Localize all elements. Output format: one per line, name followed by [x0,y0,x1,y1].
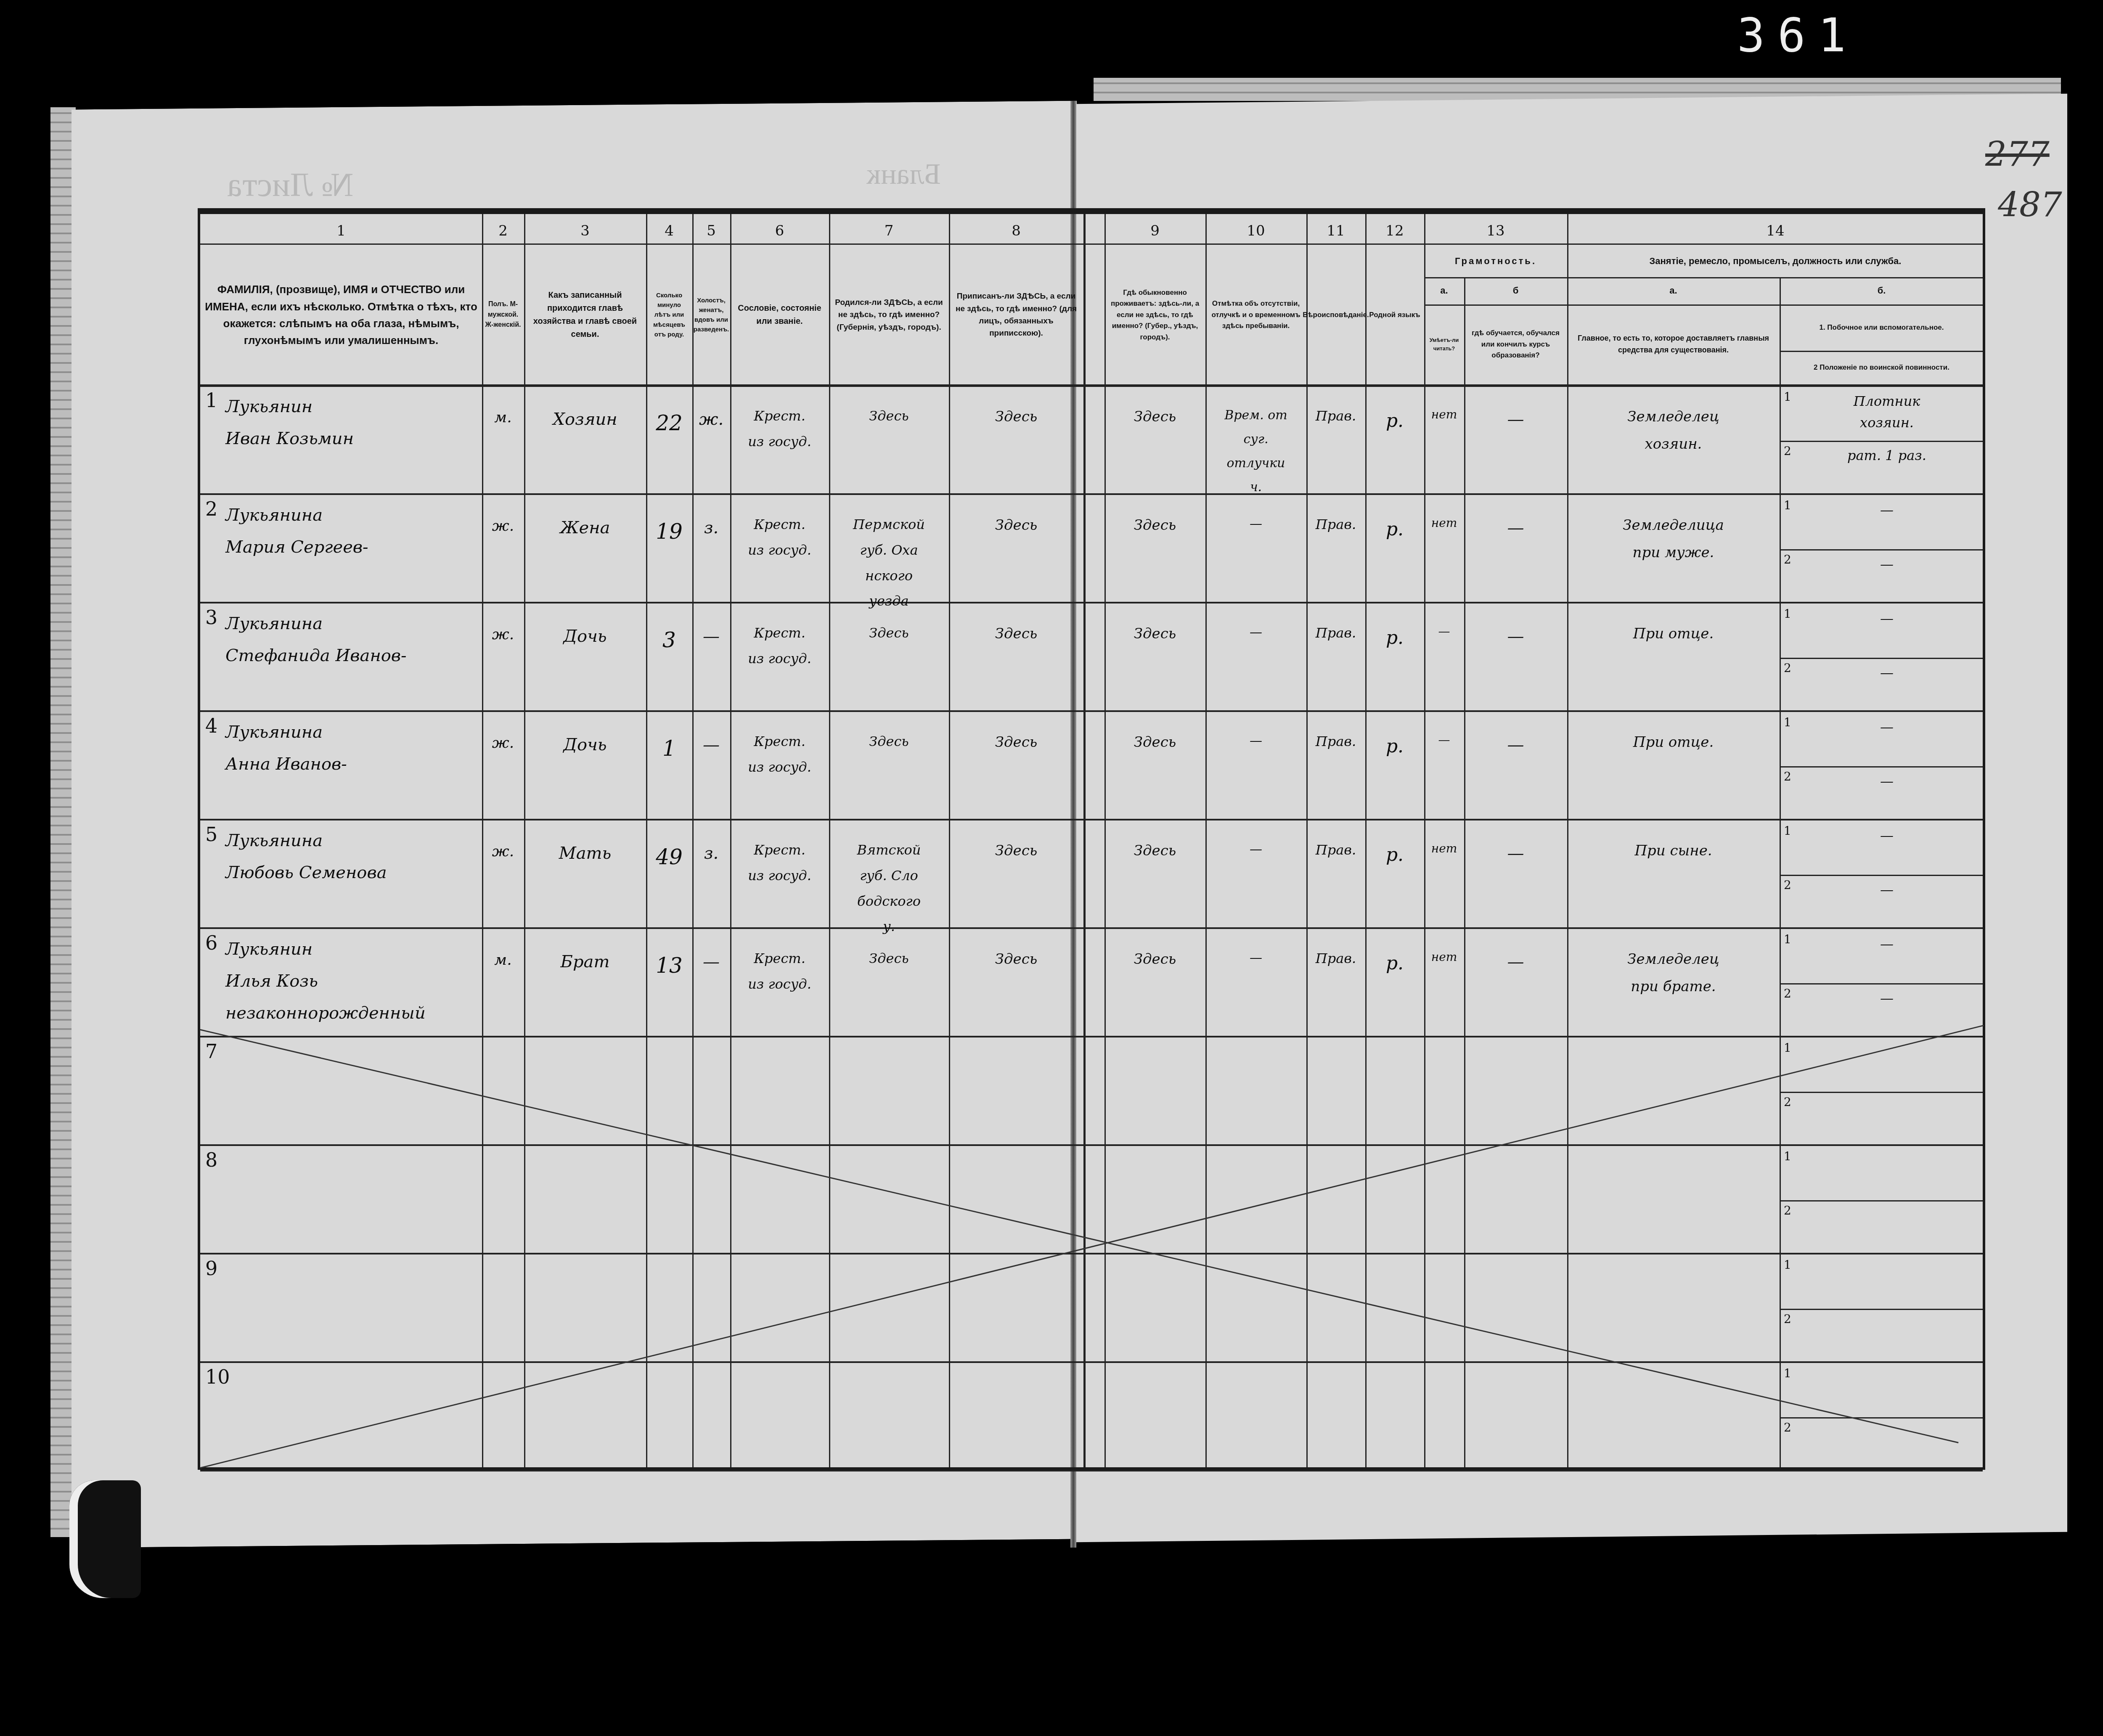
sub-label: 1 [1784,1149,1791,1163]
table-row: 612Лукьянин Илья Козь незаконнорожденный… [200,929,1983,1037]
cell-literate[interactable]: нет [1428,946,1461,968]
table-row: 912 [200,1254,1983,1363]
thumb [69,1480,141,1598]
cell-education[interactable]: — [1467,512,1564,544]
row-divider [200,1470,1983,1471]
row-number: 7 [205,1040,217,1063]
cell-residence[interactable]: Здесь [1108,620,1202,648]
header-occupation-b-label: б. [1780,277,1984,304]
sub-label: 2 [1784,444,1791,458]
cell-religion[interactable]: Прав. [1310,512,1362,537]
col-num: 10 [1205,218,1306,243]
cell-occupation[interactable]: При сыне. [1571,837,1776,865]
sub-label: 1 [1784,1258,1791,1272]
cell-age[interactable]: 19 [649,512,689,552]
sub-row-divider [1780,1417,1983,1418]
cell-religion[interactable]: Прав. [1310,729,1362,754]
cell-name[interactable]: Лукьянина Анна Иванов- [225,716,478,780]
header-can-read: Умѣетъ-ли читать? [1424,304,1464,384]
col-num: 12 [1365,218,1424,243]
header-education: гдѣ обучается, обучался или кончилъ курс… [1464,304,1567,384]
cell-residence[interactable]: Здесь [1108,512,1202,539]
header-divider [200,243,1983,245]
header-relation: Какъ записанный приходится главѣ хозяйст… [524,246,646,384]
sub-row-divider [1780,658,1983,659]
row-number: 3 [205,606,217,629]
cell-name[interactable]: Лукьянин Илья Козь незаконнорожденный [225,933,478,1029]
cell-estate[interactable]: Крест. из госуд. [734,512,826,563]
cell-occupation[interactable]: При отце. [1571,729,1776,756]
cell-estate[interactable]: Крест. из госуд. [734,620,826,672]
cell-sex[interactable]: ж. [485,837,521,866]
cell-religion[interactable]: Прав. [1310,837,1362,863]
cell-marital[interactable]: ж. [696,403,727,435]
cell-side1[interactable]: — [1798,716,1975,738]
sub-label: 1 [1784,390,1791,404]
row-number: 9 [205,1257,217,1280]
cell-relation[interactable]: Мать [527,837,643,869]
cell-born[interactable]: Здесь [832,946,946,971]
cell-marital[interactable]: — [696,729,727,761]
cell-literate[interactable]: нет [1428,512,1461,534]
cell-occupation[interactable]: Земледелица при муже. [1571,512,1776,566]
col-num: 1 [200,218,482,243]
cell-religion[interactable]: Прав. [1310,620,1362,646]
cell-absence[interactable]: — [1209,512,1303,536]
sheet-label-bleed: № Листа [227,166,353,204]
header-religion: Вѣроисповѣданіе. [1306,246,1365,384]
blank-label-bleed: Бланк [866,158,941,191]
header-literacy-a-label: а. [1424,277,1464,304]
sub-label: 1 [1784,1041,1791,1055]
sub-label: 2 [1784,661,1791,675]
header-literacy-b-label: б [1464,277,1567,304]
cell-side1[interactable]: Плотник хозяин. [1798,391,1975,434]
cell-age[interactable]: 13 [649,946,689,986]
sub-label: 1 [1784,1366,1791,1380]
cell-side2[interactable]: — [1798,770,1975,792]
table-row: 1012 [200,1363,1983,1471]
cell-relation[interactable]: Дочь [527,620,643,652]
cell-education[interactable]: — [1467,837,1564,869]
header-residence: Гдѣ обыкновенно проживаетъ: здѣсь-ли, а … [1104,246,1205,384]
cell-born[interactable]: Здесь [832,620,946,646]
census-table: 1 2 3 4 5 6 7 8 9 10 11 12 13 14 ФАМИЛІЯ… [198,208,1985,1470]
cell-name[interactable]: Лукьянин Иван Козьмин [225,391,478,455]
cell-occupation[interactable]: Земледелец при брате. [1571,946,1776,1000]
cell-occupation[interactable]: Земледелец хозяин. [1571,403,1776,458]
col-num: 8 [949,218,1083,243]
cell-estate[interactable]: Крест. из госуд. [734,729,826,780]
sub-label: 2 [1784,987,1791,1000]
cell-marital[interactable]: з. [696,512,727,544]
cell-relation[interactable]: Брат [527,946,643,978]
cell-language[interactable]: р. [1369,837,1421,873]
header-marital: Холостъ, женатъ, вдовъ или разведенъ. [692,246,730,384]
cell-registered[interactable]: Здесь [952,946,1080,973]
cell-residence[interactable]: Здесь [1108,837,1202,865]
cell-sex[interactable]: ж. [485,729,521,757]
sub-label: 2 [1784,1312,1791,1326]
header-language: Родной языкъ [1365,246,1424,384]
cell-born[interactable]: Вятской губ. Сло бодского у. [832,837,946,939]
cell-name[interactable]: Лукьянина Стефанида Иванов- [225,608,478,672]
col-num: 9 [1104,218,1205,243]
sub-label: 1 [1784,607,1791,621]
table-row: 112Лукьянин Иван Козьминм.Хозяин22ж.Крес… [200,386,1983,495]
header-occupation: Занятіе, ремесло, промыселъ, должность и… [1567,246,1984,277]
cell-marital[interactable]: — [696,620,727,652]
col-num: 3 [524,218,646,243]
sub-label: 1 [1784,824,1791,838]
cell-marital[interactable]: з. [696,837,727,869]
cell-sex[interactable]: ж. [485,620,521,649]
cell-education[interactable]: — [1467,946,1564,978]
cell-language[interactable]: р. [1369,946,1421,981]
col-num: 14 [1567,218,1984,243]
cell-residence[interactable]: Здесь [1108,729,1202,756]
cell-side1[interactable]: — [1798,608,1975,629]
row-number: 2 [205,498,217,520]
cell-residence[interactable]: Здесь [1108,403,1202,431]
cell-absence[interactable]: — [1209,620,1303,644]
cell-estate[interactable]: Крест. из госуд. [734,946,826,997]
cell-language[interactable]: р. [1369,620,1421,656]
cell-education[interactable]: — [1467,729,1564,761]
cell-registered[interactable]: Здесь [952,403,1080,431]
row-number: 8 [205,1149,217,1171]
header-name: ФАМИЛІЯ, (прозвище), ИМЯ и ОТЧЕСТВО или … [200,246,482,384]
row-number: 10 [205,1366,230,1388]
table-row: 312Лукьянина Стефанида Иванов-ж.Дочь3—Кр… [200,603,1983,712]
row-number: 6 [205,932,217,954]
cell-religion[interactable]: Прав. [1310,946,1362,971]
cell-residence[interactable]: Здесь [1108,946,1202,973]
cell-side2[interactable]: — [1798,987,1975,1009]
sub-label: 2 [1784,1204,1791,1217]
table-row: 512Лукьянина Любовь Семеноваж.Мать49з.Кр… [200,820,1983,929]
cell-absence[interactable]: Врем. от суг. отлучки ч. [1209,403,1303,499]
header-literacy: Грамотность. [1424,246,1567,277]
cell-estate[interactable]: Крест. из госуд. [734,403,826,455]
cell-born[interactable]: Пермской губ. Оха нского уезда [832,512,946,614]
cell-side1[interactable]: — [1798,825,1975,846]
cell-born[interactable]: Здесь [832,403,946,429]
sub-label: 2 [1784,553,1791,566]
cell-name[interactable]: Лукьянина Мария Сергеев- [225,499,478,563]
cell-relation[interactable]: Хозяин [527,403,643,435]
cell-side1[interactable]: — [1798,933,1975,955]
cell-age[interactable]: 1 [649,729,689,769]
row-number: 5 [205,823,217,846]
cell-education[interactable]: — [1467,403,1564,435]
sub-row-divider [1780,1092,1983,1093]
cell-absence[interactable]: — [1209,946,1303,970]
cell-registered[interactable]: Здесь [952,729,1080,756]
header-sex: Полъ. М-мужской. Ж-женскій. [482,246,524,384]
sub-row-divider [1780,766,1983,767]
cell-religion[interactable]: Прав. [1310,403,1362,429]
cell-side2[interactable]: — [1798,553,1975,575]
cell-language[interactable]: р. [1369,512,1421,547]
sub-row-divider [1780,441,1983,442]
cell-side2[interactable]: рат. 1 раз. [1798,445,1975,466]
header-birthplace: Родился-ли ЗДѢСЬ, а если не здѣсь, то гд… [829,246,949,384]
sub-label: 1 [1784,715,1791,729]
col-num: 11 [1306,218,1365,243]
header-estate: Сословіе, состояніе или званіе. [730,246,829,384]
cell-occupation[interactable]: При отце. [1571,620,1776,648]
sub-row-divider [1780,1309,1983,1310]
cell-absence[interactable]: — [1209,729,1303,753]
header-age: Сколько минуло лѣтъ или мѣсяцевъ отъ род… [646,246,692,384]
col-num: 6 [730,218,829,243]
cell-relation[interactable]: Дочь [527,729,643,761]
cell-absence[interactable]: — [1209,837,1303,861]
cell-literate[interactable]: нет [1428,403,1461,426]
sub-label: 1 [1784,498,1791,512]
col-num: 2 [482,218,524,243]
sub-label: 2 [1784,878,1791,892]
cell-literate[interactable]: — [1428,729,1461,751]
cell-language[interactable]: р. [1369,729,1421,764]
cell-literate[interactable]: — [1428,620,1461,643]
sub-label: 2 [1784,1095,1791,1109]
sub-row-divider [1780,549,1983,550]
cell-literate[interactable]: нет [1428,837,1461,860]
col-num: 13 [1424,218,1567,243]
table-row: 412Лукьянина Анна Иванов-ж.Дочь1—Крест. … [200,712,1983,820]
cell-age[interactable]: 49 [649,837,689,877]
cell-estate[interactable]: Крест. из госуд. [734,837,826,889]
sub-label: 1 [1784,932,1791,946]
header-occupation-a-label: а. [1567,277,1780,304]
cell-marital[interactable]: — [696,946,727,978]
header-side-occupation: 1. Побочное или вспомогательное. [1780,304,1984,351]
folio-crossed: 277 [1985,135,2050,174]
header-registered: Приписанъ-ли ЗДѢСЬ, а если не здѣсь, то … [949,246,1083,384]
header-absence: Отмѣтка объ отсутствіи, отлучкѣ и о врем… [1205,246,1306,384]
cell-relation[interactable]: Жена [527,512,643,544]
cell-education[interactable]: — [1467,620,1564,652]
cell-born[interactable]: Здесь [832,729,946,754]
sub-label: 2 [1784,770,1791,783]
header-military-status: 2 Положеніе по воинской повинности. [1780,351,1984,384]
row-number: 1 [205,389,217,412]
cell-registered[interactable]: Здесь [952,512,1080,539]
header-main-occupation: Главное, то есть то, которое доставляетъ… [1567,304,1780,384]
table-row: 212Лукьянина Мария Сергеев-ж.Жена19з.Кре… [200,495,1983,603]
sub-label: 2 [1784,1421,1791,1434]
col-num: 5 [692,218,730,243]
col-num: 4 [646,218,692,243]
cell-registered[interactable]: Здесь [952,620,1080,648]
cell-side2[interactable]: — [1798,662,1975,683]
cell-age[interactable]: 22 [649,403,689,443]
cell-language[interactable]: р. [1369,403,1421,439]
cell-sex[interactable]: ж. [485,512,521,540]
cell-sex[interactable]: м. [485,403,521,432]
cell-age[interactable]: 3 [649,620,689,660]
sub-row-divider [1780,1200,1983,1201]
cell-side1[interactable]: — [1798,499,1975,521]
cell-sex[interactable]: м. [485,946,521,974]
cell-name[interactable]: Лукьянина Любовь Семенова [225,825,478,889]
scan-frame-number: 361 [1737,8,1859,62]
cell-side2[interactable]: — [1798,879,1975,900]
folio-number: 487 [1998,185,2062,224]
sub-row-divider [1780,983,1983,984]
col-num: 7 [829,218,949,243]
cell-registered[interactable]: Здесь [952,837,1080,865]
sub-row-divider [1780,875,1983,876]
row-number: 4 [205,715,217,737]
